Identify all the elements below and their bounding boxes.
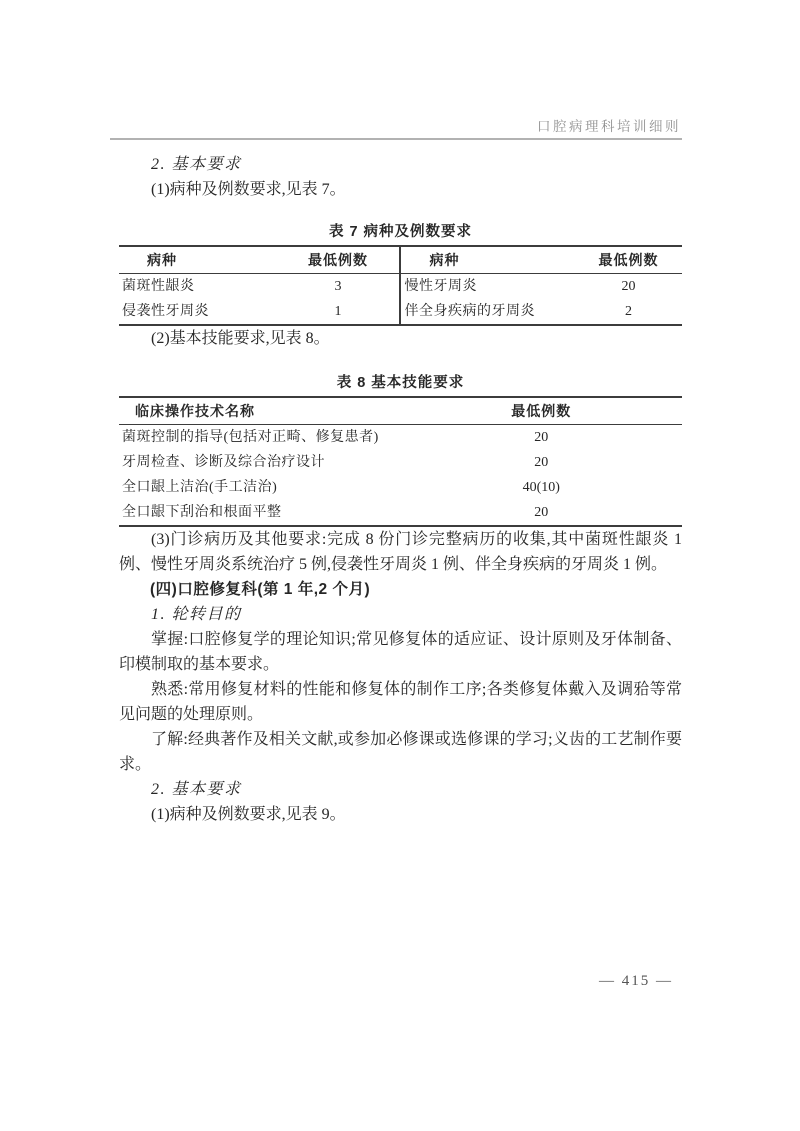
table8-cell: 40(10): [401, 475, 683, 500]
table8-col-skill-name: 临床操作技术名称: [119, 397, 401, 425]
basic-requirements-label-2: 2. 基本要求: [119, 777, 682, 802]
disease-case-requirement-line: (1)病种及例数要求,见表 7。: [119, 177, 682, 202]
table-row: 侵袭性牙周炎 1 伴全身疾病的牙周炎 2: [119, 299, 682, 325]
table8-cell: 全口龈上洁治(手工洁治): [119, 475, 401, 500]
table7-title: 表 7 病种及例数要求: [119, 220, 682, 245]
table7-col-disease-right: 病种: [400, 246, 575, 274]
section4-prosthodontics-heading: (四)口腔修复科(第 1 年,2 个月): [119, 577, 682, 602]
table8-cell: 牙周检查、诊断及综合治疗设计: [119, 450, 401, 475]
rotation-purpose-label: 1. 轮转目的: [119, 602, 682, 627]
table-row: 菌斑控制的指导(包括对正畸、修复患者) 20: [119, 425, 682, 451]
table7-disease-cases: 病种 最低例数 病种 最低例数 菌斑性龈炎 3 慢性牙周炎 20 侵袭性牙周炎 …: [119, 245, 682, 326]
table7-header-row: 病种 最低例数 病种 最低例数: [119, 246, 682, 274]
basic-skill-requirement-line: (2)基本技能要求,见表 8。: [119, 326, 682, 351]
table7-cell: 1: [277, 299, 401, 325]
table8-cell: 20: [401, 450, 683, 475]
table-row: 牙周检查、诊断及综合治疗设计 20: [119, 450, 682, 475]
document-page: 口腔病理科培训细则 2. 基本要求 (1)病种及例数要求,见表 7。 表 7 病…: [0, 0, 800, 1131]
table7-cell: 侵袭性牙周炎: [119, 299, 277, 325]
table-row: 全口龈上洁治(手工洁治) 40(10): [119, 475, 682, 500]
table7-cell: 3: [277, 274, 401, 300]
master-paragraph: 掌握:口腔修复学的理论知识;常见修复体的适应证、设计原则及牙体制备、印模制取的基…: [119, 627, 682, 677]
table7-col-disease-left: 病种: [119, 246, 277, 274]
basic-requirements-label: 2. 基本要求: [119, 152, 682, 177]
table7-cell: 慢性牙周炎: [400, 274, 575, 300]
table8-cell: 全口龈下刮治和根面平整: [119, 500, 401, 526]
table7-cell: 2: [575, 299, 682, 325]
header-rule: [110, 138, 682, 140]
table7-col-min-cases-right: 最低例数: [575, 246, 682, 274]
table8-cell: 菌斑控制的指导(包括对正畸、修复患者): [119, 425, 401, 451]
running-header: 口腔病理科培训细则: [537, 115, 681, 135]
table-row: 菌斑性龈炎 3 慢性牙周炎 20: [119, 274, 682, 300]
table8-cell: 20: [401, 425, 683, 451]
table8-cell: 20: [401, 500, 683, 526]
page-number: — 415 —: [570, 973, 702, 990]
table-row: 全口龈下刮治和根面平整 20: [119, 500, 682, 526]
familiar-paragraph: 熟悉:常用修复材料的性能和修复体的制作工序;各类修复体戴入及调𬌗等常见问题的处理…: [119, 677, 682, 727]
table7-cell: 伴全身疾病的牙周炎: [400, 299, 575, 325]
table8-title: 表 8 基本技能要求: [119, 371, 682, 396]
table7-col-min-cases-left: 最低例数: [277, 246, 401, 274]
understand-paragraph: 了解:经典著作及相关文献,或参加必修课或选修课的学习;义齿的工艺制作要求。: [119, 727, 682, 777]
table8-col-min-cases: 最低例数: [401, 397, 683, 425]
page-content: 2. 基本要求 (1)病种及例数要求,见表 7。 表 7 病种及例数要求 病种 …: [119, 152, 682, 827]
table7-cell: 20: [575, 274, 682, 300]
disease-case-requirement-line-table9: (1)病种及例数要求,见表 9。: [119, 802, 682, 827]
table7-cell: 菌斑性龈炎: [119, 274, 277, 300]
outpatient-records-paragraph: (3)门诊病历及其他要求:完成 8 份门诊完整病历的收集,其中菌斑性龈炎 1 例…: [119, 527, 682, 577]
table8-basic-skills: 临床操作技术名称 最低例数 菌斑控制的指导(包括对正畸、修复患者) 20 牙周检…: [119, 396, 682, 527]
table8-header-row: 临床操作技术名称 最低例数: [119, 397, 682, 425]
